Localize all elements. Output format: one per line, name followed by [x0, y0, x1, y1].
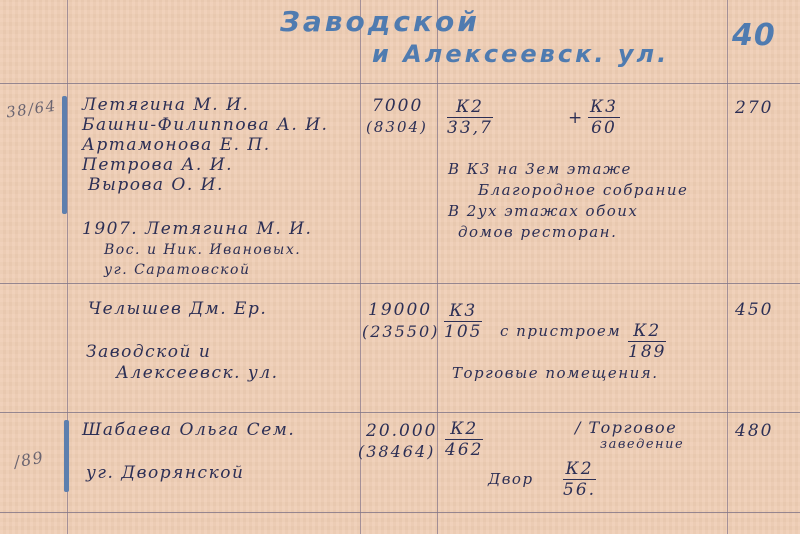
plot-fraction-extra: К2 189 [628, 322, 666, 361]
fraction-denominator: 56. [563, 480, 596, 499]
fraction-denominator: 60 [588, 118, 620, 137]
history-line: уг. Саратовской [104, 262, 250, 278]
history-line: Вос. и Ник. Ивановых. [104, 242, 301, 258]
valuation-adjusted: (8304) [366, 117, 428, 137]
blue-marker [64, 420, 69, 492]
note-line: В 2ух этажах обоих [448, 202, 638, 220]
amount: 450 [735, 300, 773, 320]
fraction-denominator: 105 [444, 322, 482, 341]
entry-reference: 38/64 [5, 97, 58, 122]
plot-extra-prefix: Двор [488, 470, 534, 488]
valuation-adjusted: (23550) [362, 322, 439, 342]
note-line: домов ресторан. [458, 223, 617, 241]
column-divider-value [437, 0, 438, 534]
note-line: В К3 на 3ем этаже [448, 160, 632, 178]
fraction-numerator: К3 [588, 98, 620, 118]
plot-fraction-extra: К2 56. [563, 460, 596, 499]
owner-name: Летягина М. И. [82, 96, 249, 115]
row-divider-2 [0, 412, 800, 413]
note-line: Благородное собрание [478, 181, 688, 199]
valuation: 19000 [368, 300, 432, 320]
plot-fraction: К2 33,7 [447, 98, 493, 137]
row-divider-1 [0, 283, 800, 284]
history-line: 1907. Летягина М. И. [82, 220, 312, 239]
column-divider-notes [727, 0, 728, 534]
blue-marker [62, 96, 67, 214]
amount: 270 [735, 98, 773, 118]
valuation-adjusted: (38464) [358, 442, 435, 462]
fraction-numerator: К3 [444, 302, 482, 322]
note-line: Торговые помещения. [452, 364, 658, 382]
history-line: уг. Дворянской [86, 464, 244, 483]
plot-fraction-extra: К3 60 [588, 98, 620, 137]
fraction-numerator: К2 [445, 420, 483, 440]
valuation: 20.000 [366, 421, 437, 441]
history-line: Алексеевск. ул. [116, 364, 279, 383]
amount: 480 [735, 421, 773, 441]
owner-name: Петрова А. И. [82, 156, 233, 175]
entry-reference: /89 [13, 448, 46, 472]
history-line: Заводской и [86, 343, 211, 362]
plot-extra-prefix: + [568, 108, 584, 128]
fraction-numerator: К2 [628, 322, 666, 342]
owner-name: Челышев Дм. Ер. [88, 300, 267, 319]
ledger-card: Заводской и Алексеевск. ул. 40 38/64 Лет… [0, 0, 800, 534]
fraction-numerator: К2 [563, 460, 596, 480]
owner-name: Шабаева Ольга Сем. [82, 421, 295, 440]
note-line: / Торговое [575, 418, 677, 437]
note-line: заведение [600, 437, 684, 452]
valuation: 7000 [372, 96, 423, 116]
fraction-denominator: 462 [445, 440, 483, 459]
fraction-denominator: 33,7 [447, 118, 493, 137]
header-divider [0, 83, 800, 84]
street-title-line1: Заводской [280, 5, 480, 38]
fraction-numerator: К2 [447, 98, 493, 118]
plot-extra-prefix: с пристроем [500, 322, 621, 340]
page-number: 40 [732, 18, 776, 53]
street-title-line2: и Алексеевск. ул. [372, 40, 669, 68]
owner-name: Башни-Филиппова А. И. [82, 116, 328, 135]
plot-fraction: К2 462 [445, 420, 483, 459]
row-divider-3 [0, 512, 800, 513]
owner-name: Вырова О. И. [88, 176, 224, 195]
fraction-denominator: 189 [628, 342, 666, 361]
owner-name: Артамонова Е. П. [82, 136, 271, 155]
plot-fraction: К3 105 [444, 302, 482, 341]
